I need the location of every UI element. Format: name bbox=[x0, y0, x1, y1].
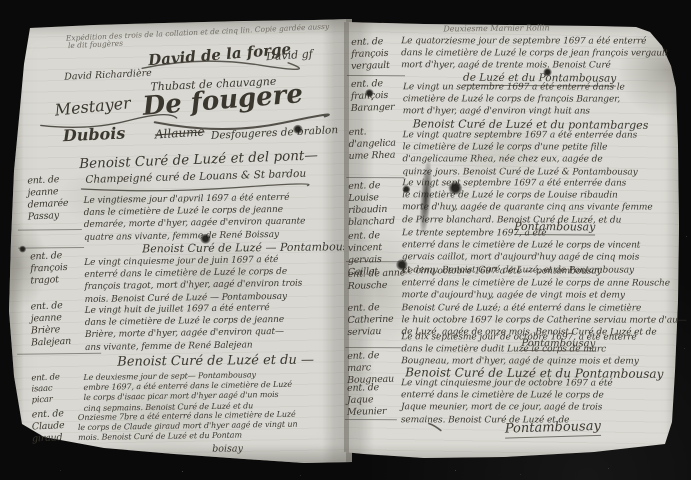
burial-entry: Le dix septiesme jour de octobre 1697, a… bbox=[401, 331, 639, 369]
burial-entry: Le cinq octobre 1697 a été — pontambousa… bbox=[402, 265, 670, 303]
margin-separator-line bbox=[18, 247, 84, 249]
burial-entry: Le quatorziesme jour de septembre 1697 a… bbox=[401, 35, 668, 73]
ink-blot bbox=[543, 68, 552, 76]
burial-entry: Le deuxiesme jour de sept— Pontambousaye… bbox=[83, 371, 292, 414]
priest-signature: Benoist Curé de Luzé et du — bbox=[117, 353, 314, 370]
burial-entry: Le vingt un septembre 1697 a été enterré… bbox=[403, 81, 625, 119]
right-page: Deuxiesme Marnier Rollin ent. defrançois… bbox=[344, 16, 691, 468]
burial-entry: Le vingt huit de juillet 1697 a été ente… bbox=[85, 303, 285, 354]
page-header-note: Deuxiesme Marnier Rollin bbox=[443, 23, 549, 33]
stray-pen-stroke bbox=[427, 421, 443, 431]
margin-separator-line bbox=[345, 419, 397, 420]
ink-blot bbox=[200, 234, 211, 244]
burial-entry: Le vingtiesme jour d'apvril 1697 a été e… bbox=[84, 193, 306, 244]
margin-separator-line bbox=[346, 177, 404, 178]
ink-blot bbox=[396, 259, 408, 270]
signature-richardiere: David Richardière bbox=[64, 68, 152, 83]
ink-blot bbox=[293, 125, 303, 134]
ink-blot bbox=[402, 185, 410, 193]
scanner-dust-specks bbox=[0, 0, 1, 1]
signature-david-gf: David gf bbox=[266, 47, 313, 63]
manuscript-scan: Expédition des trois de la collation et … bbox=[0, 0, 691, 480]
ink-blot bbox=[19, 246, 26, 253]
margin-separator-line bbox=[345, 347, 401, 348]
margin-separator-line bbox=[347, 75, 405, 76]
signature-allaume: Allaume bbox=[154, 124, 204, 141]
margin-separator-line bbox=[18, 229, 82, 231]
left-page: Expédition des trois de la collation et … bbox=[4, 16, 352, 468]
top-annotation-line2: le dit fougères bbox=[68, 39, 123, 50]
burial-entry: Le vingt cinquiesme jour de juin 1697 a … bbox=[84, 255, 302, 306]
ink-blot bbox=[448, 182, 462, 195]
burial-entry: Le vingt quatre septembre 1697 a été ent… bbox=[402, 129, 637, 179]
burial-entry: Onziesme 7bre a été enterré dans le cime… bbox=[78, 411, 298, 444]
ink-blot bbox=[365, 89, 374, 97]
priest-signature: boisay bbox=[212, 443, 243, 454]
priest-signature: Pontambousay bbox=[505, 419, 601, 439]
signature-dubois: Dubois bbox=[62, 123, 125, 145]
priest-signature: Benoist Curé de Luzé — Pontambousay bbox=[142, 240, 361, 255]
